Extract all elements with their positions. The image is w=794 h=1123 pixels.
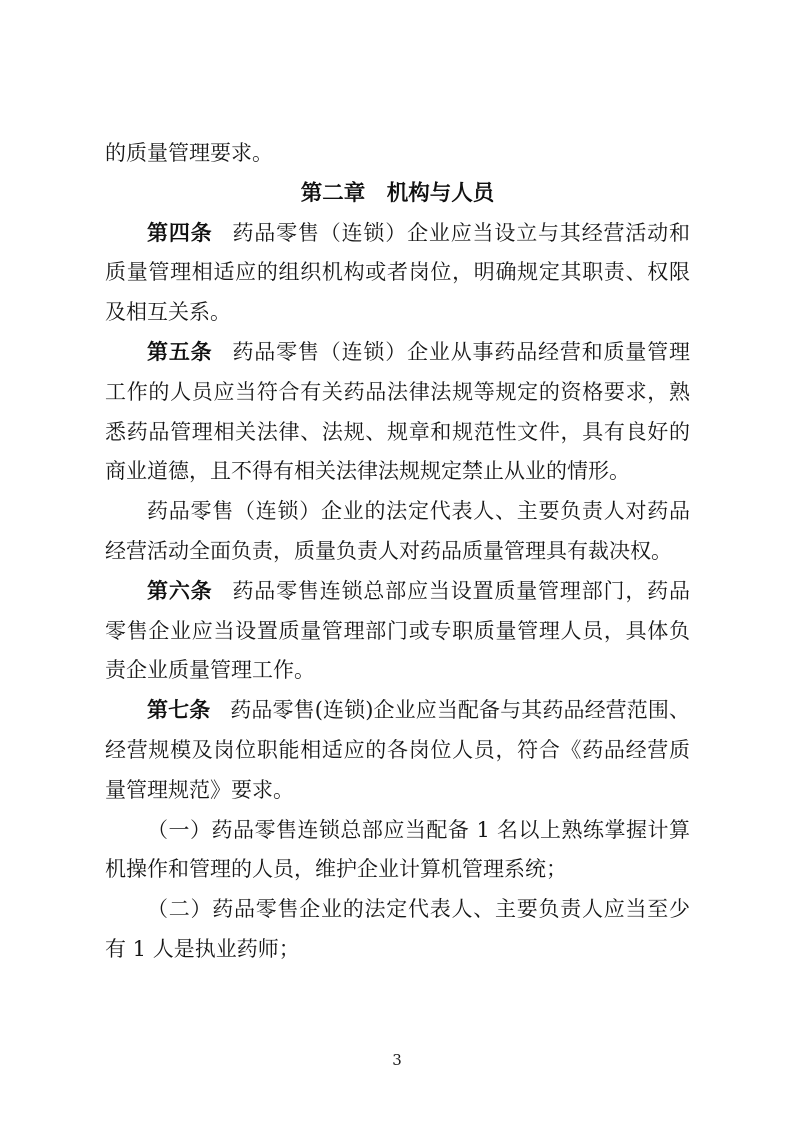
paragraph-article-7: 第七条药品零售(连锁)企业应当配备与其药品经营范围、经营规模及岗位职能相适应的各… bbox=[105, 691, 690, 810]
paragraph-article-5-continuation: 药品零售（连锁）企业的法定代表人、主要负责人对药品经营活动全面负责，质量负责人对… bbox=[105, 492, 690, 572]
paragraph-article-4: 第四条药品零售（连锁）企业应当设立与其经营活动和质量管理相适应的组织机构或者岗位… bbox=[105, 214, 690, 333]
item-1-text: （一）药品零售连锁总部应当配备 1 名以上熟练掌握计算机操作和管理的人员，维护企… bbox=[105, 818, 690, 882]
item-2-text: （二）药品零售企业的法定代表人、主要负责人应当至少有 1 人是执业药师； bbox=[105, 897, 690, 961]
document-page: 的质量管理要求。 第二章 机构与人员 第四条药品零售（连锁）企业应当设立与其经营… bbox=[0, 0, 794, 1123]
paragraph-continuation: 的质量管理要求。 bbox=[105, 134, 690, 174]
article-6-number: 第六条 bbox=[147, 579, 213, 603]
article-5-continuation-text: 药品零售（连锁）企业的法定代表人、主要负责人对药品经营活动全面负责，质量负责人对… bbox=[105, 499, 690, 563]
article-5-number: 第五条 bbox=[147, 340, 213, 364]
document-body: 的质量管理要求。 第二章 机构与人员 第四条药品零售（连锁）企业应当设立与其经营… bbox=[105, 134, 690, 970]
article-7-number: 第七条 bbox=[147, 698, 210, 722]
page-number: 3 bbox=[0, 1050, 794, 1070]
paragraph-article-6: 第六条药品零售连锁总部应当设置质量管理部门，药品零售企业应当设置质量管理部门或专… bbox=[105, 572, 690, 691]
paragraph-article-5: 第五条药品零售（连锁）企业从事药品经营和质量管理工作的人员应当符合有关药品法律法… bbox=[105, 333, 690, 492]
chapter-heading: 第二章 机构与人员 bbox=[105, 174, 690, 214]
paragraph-item-1: （一）药品零售连锁总部应当配备 1 名以上熟练掌握计算机操作和管理的人员，维护企… bbox=[105, 811, 690, 891]
article-4-number: 第四条 bbox=[147, 221, 213, 245]
paragraph-item-2: （二）药品零售企业的法定代表人、主要负责人应当至少有 1 人是执业药师； bbox=[105, 890, 690, 970]
